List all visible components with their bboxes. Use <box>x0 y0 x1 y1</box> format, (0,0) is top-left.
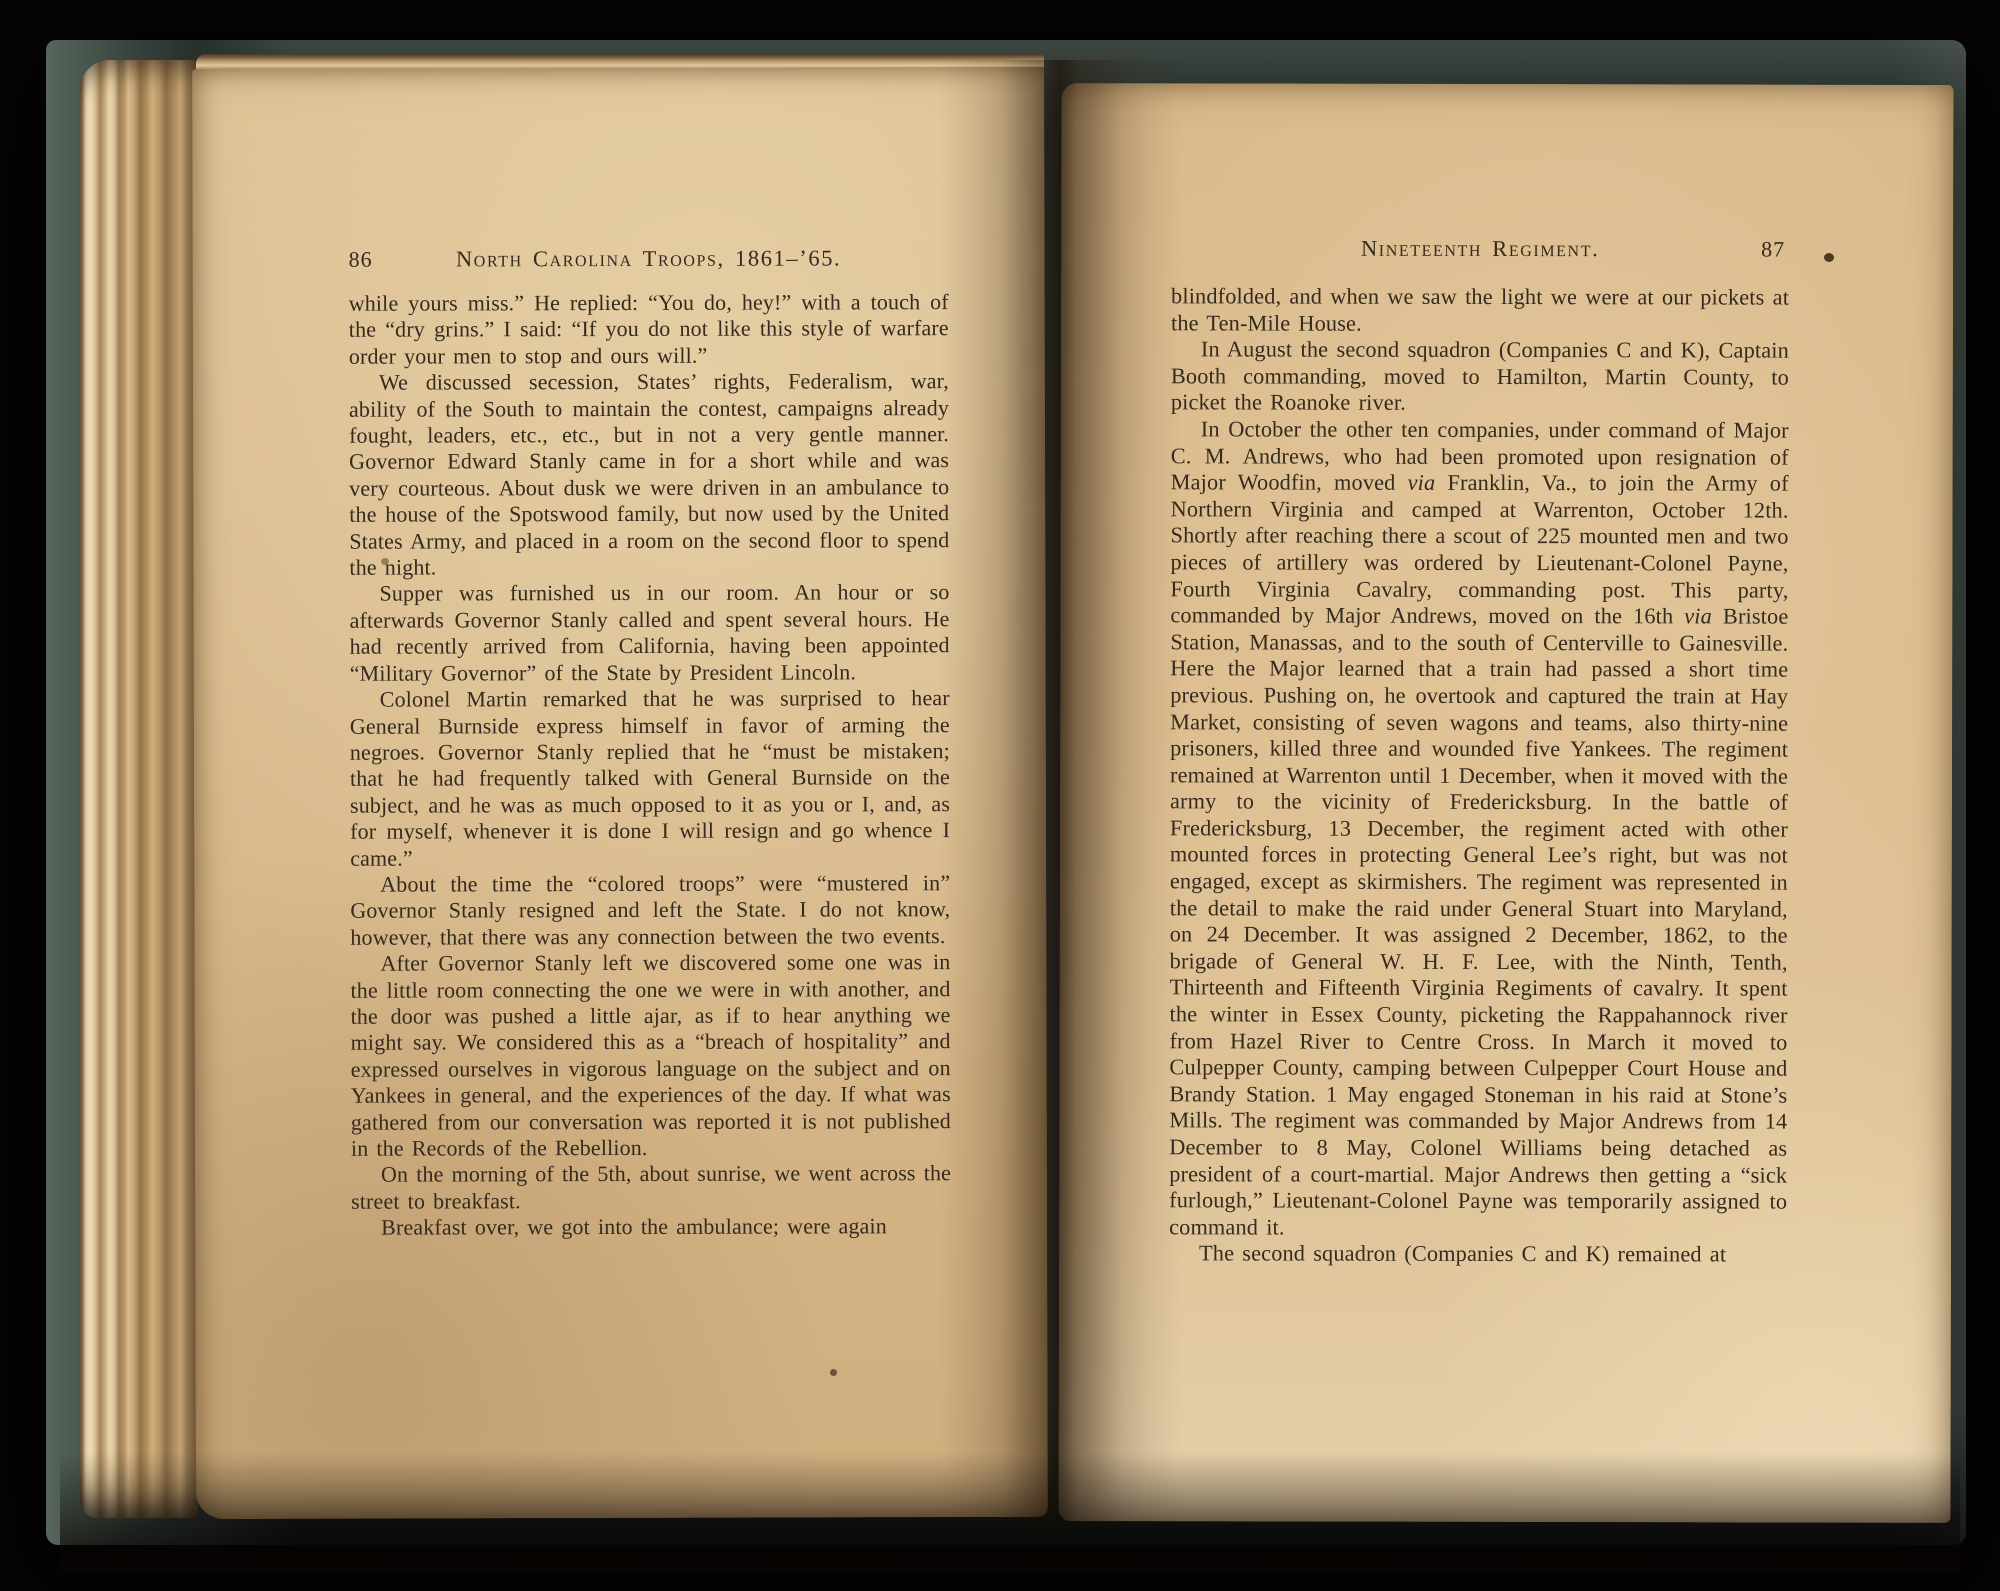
left-running-title: North Carolina Troops, 1861–’65. <box>349 245 949 273</box>
fore-edge-page-stack <box>80 60 198 1518</box>
left-page: 86 North Carolina Troops, 1861–’65. whil… <box>192 67 1048 1519</box>
right-page-number: 87 <box>1761 237 1785 263</box>
paragraph: We discussed secession, States’ rights, … <box>349 368 950 581</box>
left-page-body: while yours miss.” He replied: “You do, … <box>349 289 951 1241</box>
right-page-body: blindfolded, and when we saw the light w… <box>1169 283 1789 1268</box>
paragraph: In October the other ten companies, unde… <box>1169 416 1789 1242</box>
open-book-photo: 86 North Carolina Troops, 1861–’65. whil… <box>0 0 2000 1591</box>
paragraph: Supper was furnished us in our room. An … <box>349 580 949 687</box>
paragraph: Breakfast over, we got into the ambulanc… <box>351 1213 951 1241</box>
paragraph: After Governor Stanly left we discovered… <box>350 949 951 1162</box>
paragraph: About the time the “colored troops” were… <box>350 870 950 951</box>
right-page: Nineteenth Regiment. 87 blindfolded, and… <box>1058 83 1953 1523</box>
left-page-number: 86 <box>349 247 373 273</box>
right-running-title: Nineteenth Regiment. <box>1171 235 1789 262</box>
paragraph: On the morning of the 5th, about sunrise… <box>351 1161 951 1215</box>
paragraph: Colonel Martin remarked that he was surp… <box>350 685 950 871</box>
paragraph: while yours miss.” He replied: “You do, … <box>349 289 949 370</box>
right-page-header: Nineteenth Regiment. 87 <box>1171 235 1789 266</box>
paragraph: blindfolded, and when we saw the light w… <box>1171 283 1789 337</box>
paragraph: The second squadron (Companies C and K) … <box>1169 1241 1787 1269</box>
paragraph: In August the second squadron (Companies… <box>1171 336 1789 417</box>
left-page-header: 86 North Carolina Troops, 1861–’65. <box>349 245 949 277</box>
